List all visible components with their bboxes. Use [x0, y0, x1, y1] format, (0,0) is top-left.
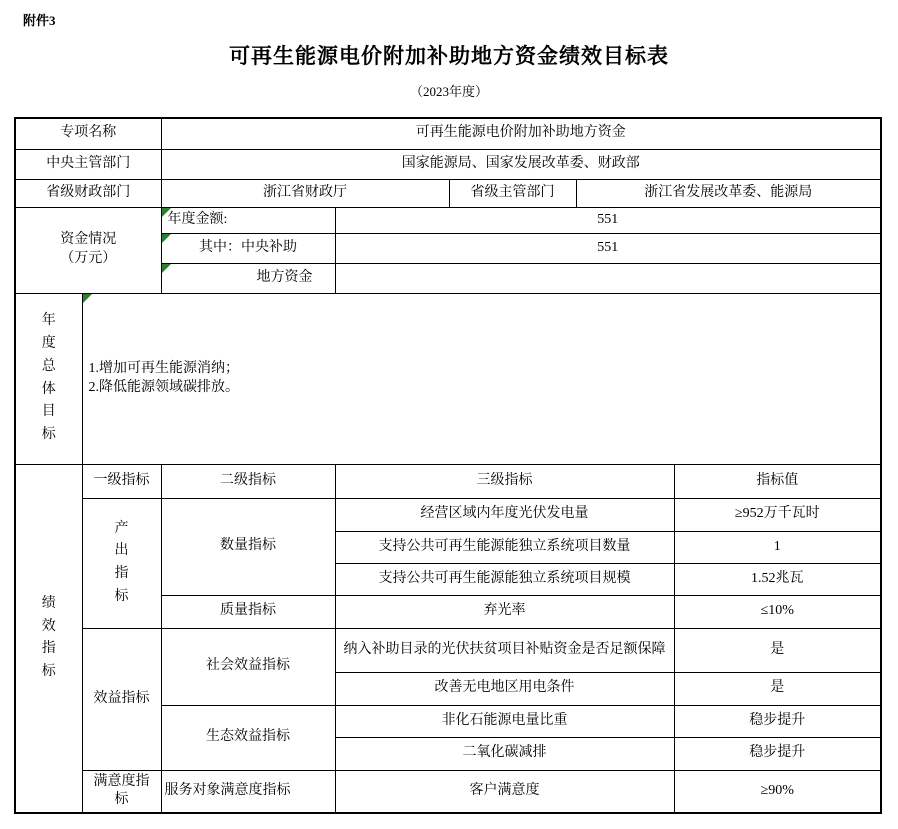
group-benefit: 效益指标 [82, 628, 161, 770]
project-name-value: 可再生能源电价附加补助地方资金 [161, 118, 881, 149]
cell-corner-marker [162, 234, 171, 243]
header-value: 指标值 [674, 464, 881, 498]
annual-goal-label: 年度总体目标 [15, 293, 82, 464]
funding-annual-amount-value: 551 [335, 207, 881, 233]
attachment-label: 附件3 [23, 10, 56, 29]
page-subtitle: （2023年度） [0, 70, 898, 100]
central-dept-label: 中央主管部门 [15, 149, 161, 179]
indicator-value: 稳步提升 [674, 705, 881, 737]
subgroup-service: 服务对象满意度指标 [161, 770, 335, 813]
indicator-name: 弃光率 [335, 595, 674, 628]
indicator-name: 支持公共可再生能源能独立系统项目数量 [335, 531, 674, 563]
annual-goal-content-text: 1.增加可再生能源消纳； 2.降低能源领域碳排放。 [89, 360, 877, 398]
subgroup-quality: 质量指标 [161, 595, 335, 628]
subgroup-social: 社会效益指标 [161, 628, 335, 705]
subgroup-ecological: 生态效益指标 [161, 705, 335, 770]
indicator-name: 经营区域内年度光伏发电量 [335, 498, 674, 531]
group-output: 产出指标 [82, 498, 161, 628]
header-level2: 二级指标 [161, 464, 335, 498]
indicators-section-label: 绩效指标 [15, 464, 82, 813]
indicator-name: 客户满意度 [335, 770, 674, 813]
indicator-value: ≤10% [674, 595, 881, 628]
page-title: 可再生能源电价附加补助地方资金绩效目标表 [0, 0, 898, 70]
funding-annual-amount-label-text: 年度金额: [168, 212, 228, 227]
group-satisfaction-text: 满意度指标 [91, 773, 153, 811]
funding-local-funds-label: 地方资金 [161, 263, 335, 293]
header-level3: 三级指标 [335, 464, 674, 498]
performance-target-table: 专项名称 可再生能源电价附加补助地方资金 中央主管部门 国家能源局、国家发展改革… [14, 117, 882, 814]
annual-goal-content: 1.增加可再生能源消纳； 2.降低能源领域碳排放。 [82, 293, 881, 464]
provincial-dept-label: 省级主管部门 [449, 179, 576, 207]
indicator-value: 1 [674, 531, 881, 563]
cell-corner-marker [83, 294, 92, 303]
project-name-label: 专项名称 [15, 118, 161, 149]
annual-goal-label-text: 年度总体目标 [41, 310, 57, 446]
funding-local-funds-value [335, 263, 881, 293]
indicator-value: 是 [674, 672, 881, 705]
subgroup-quantity: 数量指标 [161, 498, 335, 595]
indicator-value: 1.52兆瓦 [674, 563, 881, 595]
indicator-name: 纳入补助目录的光伏扶贫项目补贴资金是否足额保障 [335, 628, 674, 672]
indicator-name: 支持公共可再生能源能独立系统项目规模 [335, 563, 674, 595]
cell-corner-marker [162, 208, 171, 217]
indicator-value: 是 [674, 628, 881, 672]
funding-label-text: 资金情况（万元） [57, 231, 119, 269]
indicator-name: 非化石能源电量比重 [335, 705, 674, 737]
central-dept-value: 国家能源局、国家发展改革委、财政部 [161, 149, 881, 179]
indicator-value: ≥90% [674, 770, 881, 813]
group-output-text: 产出指标 [113, 518, 129, 609]
indicator-value: 稳步提升 [674, 737, 881, 770]
indicator-name: 改善无电地区用电条件 [335, 672, 674, 705]
funding-local-funds-label-text: 地方资金 [257, 270, 313, 285]
indicators-section-label-text: 绩效指标 [41, 593, 57, 684]
provincial-dept-value: 浙江省发展改革委、能源局 [576, 179, 881, 207]
cell-corner-marker [162, 264, 171, 273]
funding-annual-amount-label: 年度金额: [161, 207, 335, 233]
indicator-value: ≥952万千瓦时 [674, 498, 881, 531]
funding-label: 资金情况（万元） [15, 207, 161, 293]
header-level1: 一级指标 [82, 464, 161, 498]
provincial-finance-label: 省级财政部门 [15, 179, 161, 207]
funding-central-subsidy-label-text: 其中：中央补助 [199, 240, 297, 255]
provincial-finance-value: 浙江省财政厅 [161, 179, 449, 207]
funding-central-subsidy-value: 551 [335, 233, 881, 263]
group-satisfaction: 满意度指标 [82, 770, 161, 813]
funding-central-subsidy-label: 其中：中央补助 [161, 233, 335, 263]
indicator-name: 二氧化碳减排 [335, 737, 674, 770]
